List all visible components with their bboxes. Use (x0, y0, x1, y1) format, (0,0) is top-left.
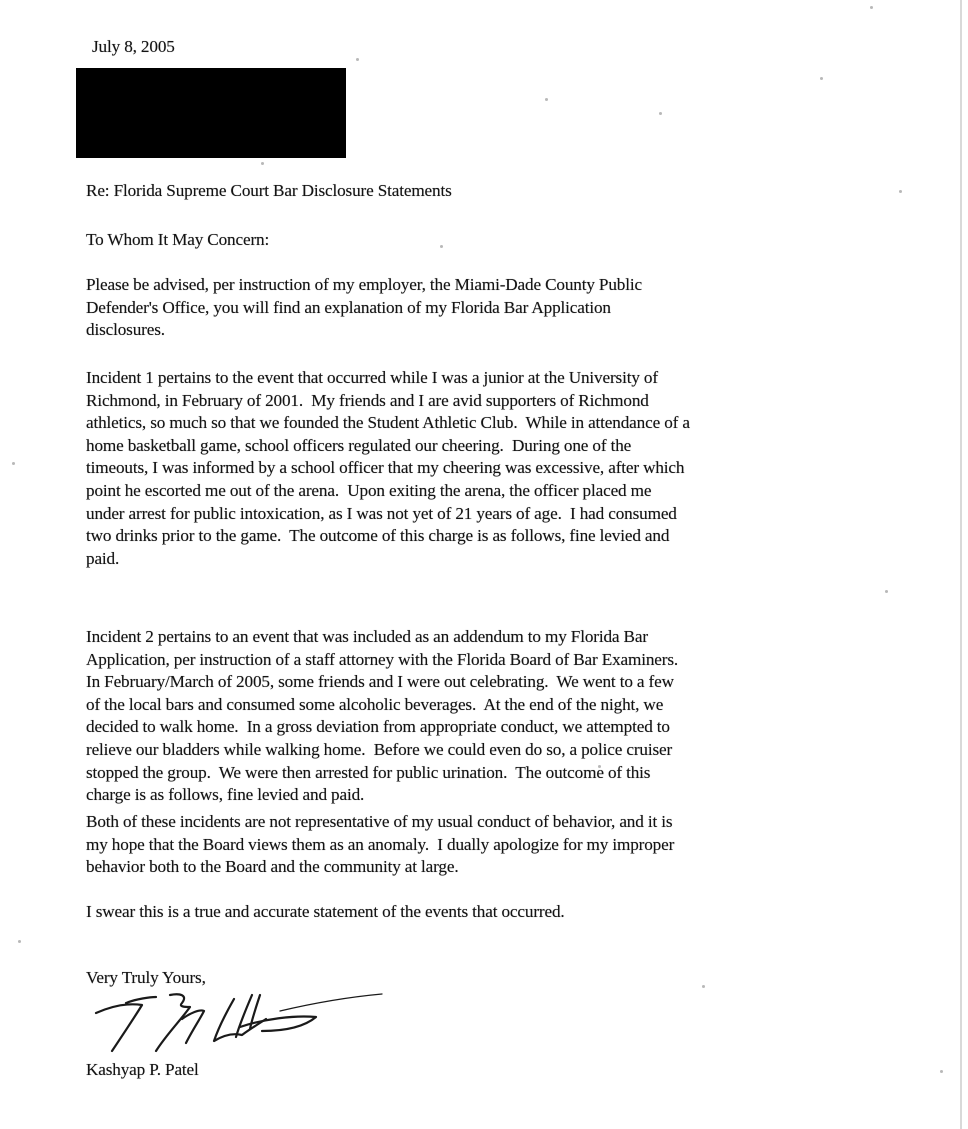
paragraph-2-line: Incident 1 pertains to the event that oc… (86, 367, 658, 390)
paragraph-4-line: behavior both to the Board and the commu… (86, 856, 458, 879)
paragraph-2-line: under arrest for public intoxication, as… (86, 503, 677, 526)
letter-subject: Re: Florida Supreme Court Bar Disclosure… (86, 180, 452, 203)
paragraph-2-line: athletics, so much so that we founded th… (86, 412, 690, 435)
paragraph-1-line: Please be advised, per instruction of my… (86, 274, 642, 297)
paragraph-2-line: point he escorted me out of the arena. U… (86, 480, 651, 503)
scan-speck (440, 245, 443, 248)
scan-speck (885, 590, 888, 593)
scan-speck (702, 985, 705, 988)
paragraph-3-line: Application, per instruction of a staff … (86, 649, 678, 672)
paragraph-1-line: disclosures. (86, 319, 165, 342)
scan-speck (18, 940, 21, 943)
redacted-recipient-block (76, 68, 346, 158)
scan-edge-line (960, 0, 962, 1129)
paragraph-4-line: Both of these incidents are not represen… (86, 811, 672, 834)
paragraph-1-line: Defender's Office, you will find an expl… (86, 297, 611, 320)
scan-speck (820, 77, 823, 80)
scan-speck (940, 1070, 943, 1073)
paragraph-3-line: stopped the group. We were then arrested… (86, 762, 650, 785)
paragraph-2-line: timeouts, I was informed by a school off… (86, 457, 684, 480)
paragraph-3-line: charge is as follows, fine levied and pa… (86, 784, 364, 807)
signer-name: Kashyap P. Patel (86, 1059, 199, 1082)
paragraph-2-line: Richmond, in February of 2001. My friend… (86, 390, 649, 413)
scan-speck (659, 112, 662, 115)
letter-salutation: To Whom It May Concern: (86, 229, 269, 252)
paragraph-2-line: home basketball game, school officers re… (86, 435, 631, 458)
scan-speck (12, 462, 15, 465)
paragraph-5-line: I swear this is a true and accurate stat… (86, 901, 565, 924)
paragraph-3-line: relieve our bladders while walking home.… (86, 739, 672, 762)
paragraph-3-line: In February/March of 2005, some friends … (86, 671, 674, 694)
paragraph-4-line: my hope that the Board views them as an … (86, 834, 674, 857)
scan-speck (899, 190, 902, 193)
scan-speck (870, 6, 873, 9)
paragraph-3-line: Incident 2 pertains to an event that was… (86, 626, 648, 649)
paragraph-3-line: decided to walk home. In a gross deviati… (86, 716, 670, 739)
scan-speck (545, 98, 548, 101)
paragraph-3-line: of the local bars and consumed some alco… (86, 694, 663, 717)
letter-date: July 8, 2005 (92, 36, 175, 59)
scanned-letter-page: July 8, 2005 Re: Florida Supreme Court B… (0, 0, 968, 1129)
scan-speck (356, 58, 359, 61)
handwritten-signature-icon (84, 985, 404, 1060)
paragraph-2-line: paid. (86, 548, 119, 571)
paragraph-2-line: two drinks prior to the game. The outcom… (86, 525, 669, 548)
scan-speck (261, 162, 264, 165)
